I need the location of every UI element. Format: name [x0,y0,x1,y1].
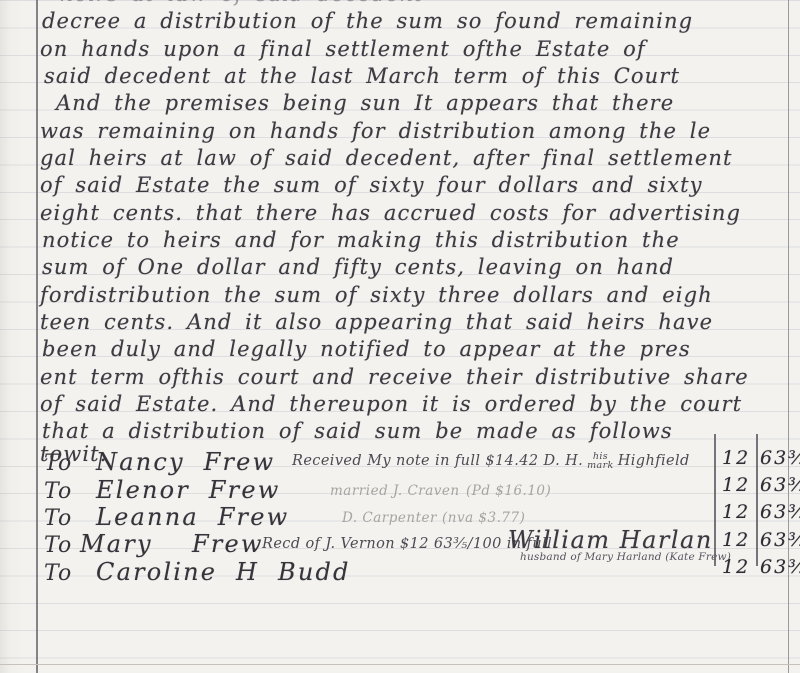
amount-column-rule [756,434,758,566]
handwritten-line: said decedent at the last March term of … [44,63,680,90]
handwritten-line: gal heirs at law of said decedent, after… [40,145,733,172]
heir-name: Mary [80,530,153,558]
amount-dollars: 12 [722,474,750,496]
amount-dollars: 12 [722,556,750,578]
his-mark-annotation: his mark [587,452,614,470]
row-prefix: To [44,533,72,558]
handwritten-line: fordistribution the sum of sixty three d… [40,282,713,309]
amount-column-rule [714,434,716,566]
handwritten-line: teen cents. And it also appearing that s… [40,309,713,336]
handwritten-line: notice to heirs and for making this dist… [42,227,680,254]
pencil-annotation: married J. Craven [330,483,460,499]
handwritten-line: heirs at law of said decedent [60,0,424,8]
amount-cents: 63⅗ [760,529,800,551]
heir-name: Caroline H Budd [96,558,351,586]
handwritten-line: was remaining on hands for distribution … [40,118,711,145]
handwritten-line: decree a distribution of the sum so foun… [42,8,693,35]
signature: William Harlan [508,526,713,554]
row-prefix: To [44,506,72,531]
receipt-note-text: Received My note in full $14.42 D. H. [292,453,583,469]
handwritten-line: And the premises being sun It appears th… [56,90,674,117]
heir-surname: Frew [192,530,264,558]
heir-name: Elenor Frew [96,476,280,504]
pencil-annotation: (Pd $16.10) [466,483,551,499]
amount-dollars: 12 [722,529,750,551]
signature: Highfield [618,453,690,469]
signature-subscript: husband of Mary Harland (Kate Frew) [520,551,731,563]
left-margin-rule [36,0,38,673]
amount-dollars: 12 [722,447,750,469]
handwritten-line: ent term ofthis court and receive their … [40,364,749,391]
row-prefix: To [44,479,72,504]
row-prefix: To [44,451,72,476]
scanned-ledger-page: { "page": { "kind": "Handwritten probate… [0,0,800,673]
heir-name: Nancy Frew [96,448,275,476]
pencil-annotation: D. Carpenter [342,510,437,526]
handwritten-line: of said Estate. And thereupon it is orde… [40,391,742,418]
handwritten-line: been duly and legally notified to appear… [42,336,691,363]
pencil-annotation: (nva $3.77) [442,510,525,526]
heir-name: Leanna Frew [96,503,289,531]
amount-cents: 63⅗ [760,556,800,578]
amount-cents: 63⅗ [760,501,800,523]
row-prefix: To [44,561,72,586]
page-bottom-edge [0,664,800,665]
amount-cents: 63⅗ [760,447,800,469]
handwritten-line: eight cents. that there has accrued cost… [40,200,741,227]
amount-dollars: 12 [722,501,750,523]
handwritten-line: that a distribution of said sum be made … [42,418,673,445]
handwritten-line: on hands upon a final settlement ofthe E… [40,36,646,63]
amount-cents: 63⅗ [760,474,800,496]
handwritten-line: of said Estate the sum of sixty four dol… [40,172,703,199]
receipt-note: Received My note in full $14.42 D. H. hi… [292,452,690,470]
handwritten-line: sum of One dollar and fifty cents, leavi… [42,254,674,281]
